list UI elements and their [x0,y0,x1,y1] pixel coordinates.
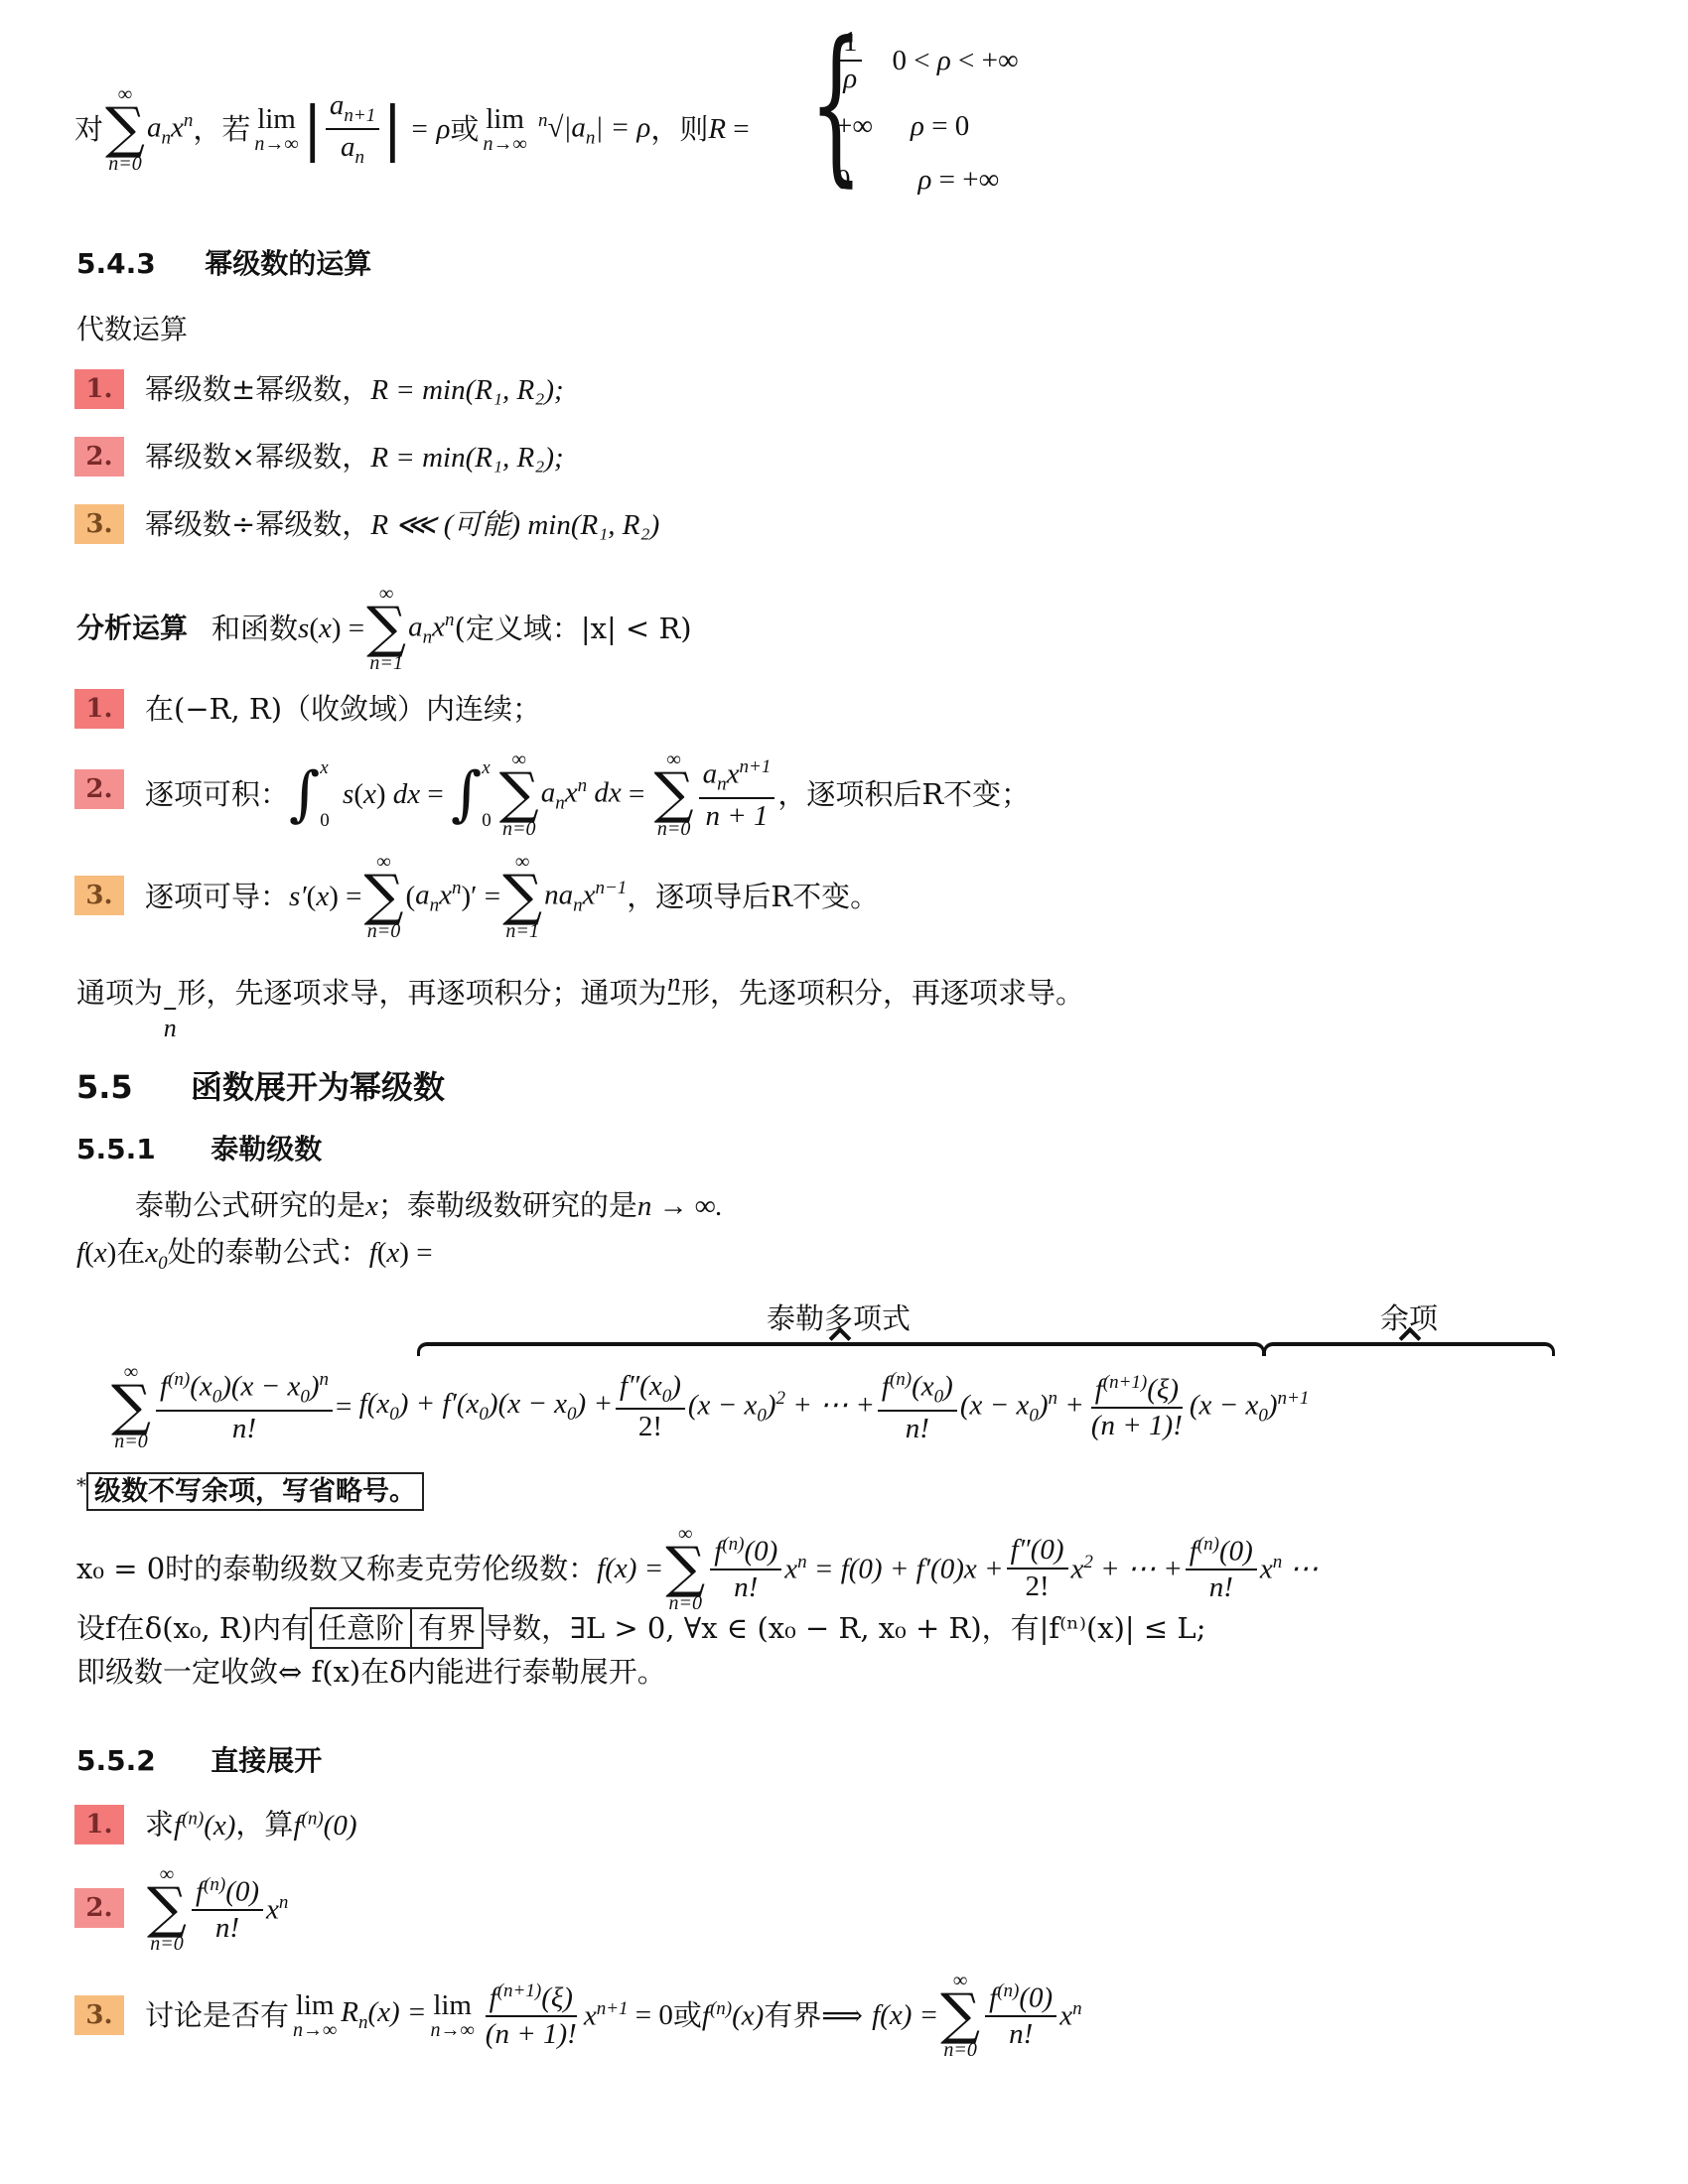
condition-part: 设f在δ(x₀, R)内有 [76,1611,310,1645]
item-text: 逐项可积： [145,780,289,809]
section-number: 5.4.3 [76,247,156,280]
direct-step-3: 讨论是否有 limn→∞ Rn(x) = limn→∞ f(n+1)(ξ)(n … [145,1961,1082,2070]
item-formula: R = min(R₁, R₂); [370,374,563,406]
case-3: 0ρ = +∞ [836,165,999,195]
bounded-derivative-condition: 设f在δ(x₀, R)内有任意阶有界导数，∃L > 0, ∀x ∈ (x₀ − … [76,1614,1205,1643]
case-2: +∞ρ = 0 [836,111,969,141]
badge-2: 2. [74,1888,124,1928]
taylor-formula-label: f(x)在x0处的泰勒公式：f(x) = [76,1238,433,1273]
note-star: * [76,1473,86,1497]
algebra-item-1: 幂级数±幂级数，R = min(R₁, R₂); [145,375,564,405]
radius-prefix: 对 [74,115,103,144]
badge-1: 1. [74,689,124,729]
radius-formula: 对 ∞∑n=0 anxn，若 limn→∞ | an+1an | = ρ或 li… [74,55,757,204]
analysis-heading: 分析运算 [76,614,188,642]
omit-remainder-note: *级数不写余项，写省略号。 [76,1475,424,1505]
taylor-expansion: ∞∑n=0 f(n)(x0)(x − x0)nn! = f(x0) + f′(x… [109,1352,1309,1461]
item-suffix: ，逐项积后R不变； [777,780,1030,809]
item-text: 幂级数÷幂级数， [145,507,370,541]
sum-function-label: 和函数 [211,614,298,643]
algebra-item-2: 幂级数×幂级数，R = min(R₁, R₂); [145,443,564,473]
badge-1: 1. [74,1805,124,1844]
section-title: 函数展开为幂级数 [191,1068,445,1106]
badge-3: 3. [74,876,124,915]
analysis-item-2: 逐项可积： ∫x0 s(x) dx = ∫x0 ∞∑n=0 anxn dx = … [145,740,1030,849]
limit-operator-2: limn→∞ [483,105,526,154]
boxed-note: 级数不写余项，写省略号。 [86,1472,424,1511]
section-title: 直接展开 [211,1744,322,1777]
root-expression: n√|an| = ρ [531,111,651,147]
badge-2: 2. [74,437,124,477]
section-heading-5-4-3: 5.4.3 幂级数的运算 [76,242,371,282]
section-heading-5-5: 5.5 函数展开为幂级数 [76,1062,445,1108]
badge-2: 2. [74,769,124,809]
section-number: 5.5.2 [76,1744,156,1777]
tip-part: 通项为 [76,976,163,1010]
tip-line: 通项为–n形，先逐项求导，再逐项积分；通项为n–形，先逐项积分，再逐项求导。 [76,973,1084,1023]
sum-operator: ∞∑n=0 [105,84,145,174]
limit-operator: limn→∞ [254,105,298,154]
sum-operator: ∞∑n=1 [366,584,406,673]
taylor-conclusion: 即级数一定收敛⇔ f(x)在δ内能进行泰勒展开。 [76,1658,666,1687]
badge-3: 3. [74,504,124,544]
algebra-item-3: 幂级数÷幂级数，R ⋘ (可能) min(R₁, R₂) [145,510,659,540]
tip-part: 形，先逐项求导，再逐项积分；通项为 [178,976,667,1010]
series-term: anxn [147,111,193,147]
item-text: 逐项可导： [145,883,289,911]
item-text: 幂级数×幂级数， [145,440,370,474]
section-number: 5.5 [76,1068,133,1106]
case-1: 1ρ 0 < ρ < +∞ [836,28,1019,93]
item-suffix: ，逐项导后R不变。 [627,883,879,911]
intro-part: n → ∞. [637,1190,723,1222]
section-title: 泰勒级数 [211,1133,322,1165]
badge-3: 3. [74,1995,124,2035]
section-heading-5-5-2: 5.5.2 直接展开 [76,1739,322,1779]
algebra-heading: 代数运算 [76,308,188,347]
analysis-line: 分析运算 和函数 s(x) = ∞∑n=1 anxn (定义域：|x| < R) [76,584,692,673]
tip-part: 形，先逐项积分，再逐项求导。 [681,976,1084,1010]
direct-step-2: ∞∑n=0 f(n)(0)n! xn [145,1854,288,1964]
section-heading-5-5-1: 5.5.1 泰勒级数 [76,1128,322,1167]
item-formula: R = min(R₁, R₂); [370,442,563,474]
or-label: 或 [450,115,479,144]
taylor-intro: 泰勒公式研究的是x；泰勒级数研究的是n → ∞. [135,1191,723,1221]
analysis-item-1: 在(−R, R)（收敛域）内连续； [145,695,541,724]
direct-step-1: 求f(n)(x)，算f(n)(0) [145,1809,356,1841]
analysis-item-3: 逐项可导： s′(x) = ∞∑n=0 (anxn)′ = ∞∑n=1 nanx… [145,852,879,941]
intro-part: ；泰勒级数研究的是 [378,1188,637,1222]
badge-1: 1. [74,369,124,409]
condition-part: 导数，∃L > 0, ∀x ∈ (x₀ − R, x₀ + R)，有|f⁽ⁿ⁾(… [484,1611,1205,1645]
maclaurin-label: x₀ = 0时的泰勒级数又称麦克劳伦级数： [76,1555,597,1583]
section-title: 幂级数的运算 [205,247,371,280]
intro-part: 泰勒公式研究的是 [135,1188,365,1222]
maclaurin-line: x₀ = 0时的泰勒级数又称麦克劳伦级数： f(x) = ∞∑n=0 f(n)(… [76,1517,1318,1620]
item-text: 幂级数±幂级数， [145,372,370,406]
item-formula: R ⋘ (可能) min(R₁, R₂) [370,509,659,541]
domain-note: (定义域：|x| < R) [455,614,692,643]
ratio-fraction: an+1an [326,91,379,167]
boxed-any-order: 任意阶 [310,1607,412,1649]
section-number: 5.5.1 [76,1133,156,1165]
boxed-bounded: 有界 [412,1607,484,1649]
